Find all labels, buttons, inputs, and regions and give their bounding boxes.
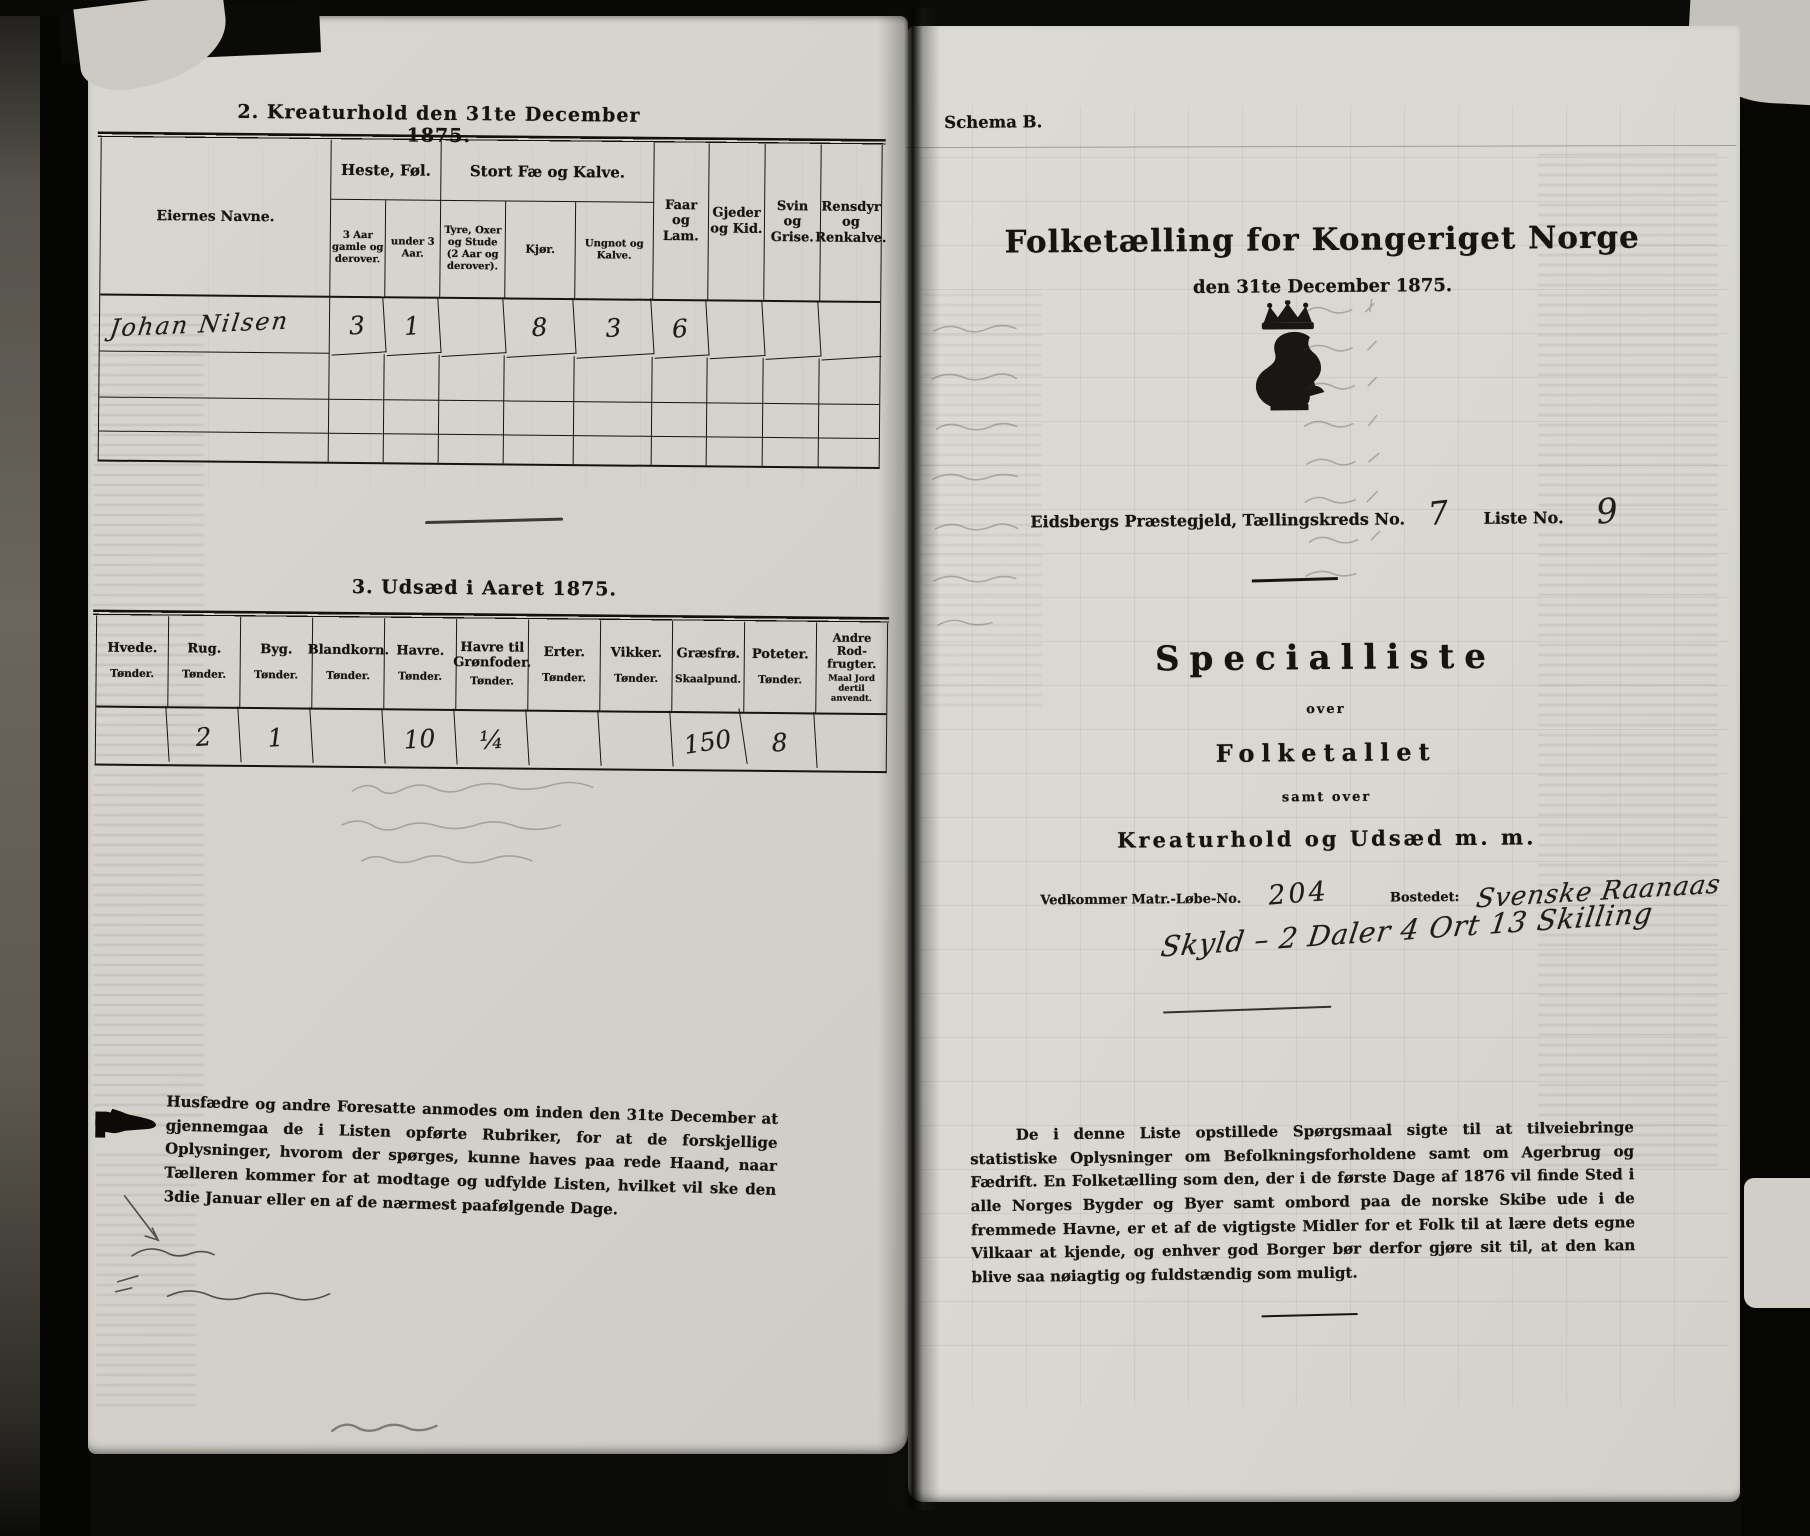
empty-cell bbox=[652, 357, 707, 404]
handwritten-owner-name: Johan Nilsen bbox=[108, 306, 291, 342]
udsaed-table: Hvede. Tønder. Rug. Tønder. Byg. Tønder.… bbox=[95, 616, 888, 774]
bosted-label: Bostedet: bbox=[1390, 890, 1460, 906]
pointing-hand-icon bbox=[95, 1108, 157, 1143]
value-cell-svin bbox=[762, 301, 821, 360]
empty-cell bbox=[819, 404, 879, 439]
right-page: Schema B. Folketælling for Kongeriget No… bbox=[908, 26, 1740, 1502]
col-group-heste: Heste, Føl. bbox=[331, 140, 442, 201]
page-fold-shadow bbox=[878, 8, 940, 1510]
value-cell-rug: 2 bbox=[166, 706, 241, 766]
empty-cell bbox=[763, 404, 819, 439]
main-title: Folketælling for Kongeriget Norge bbox=[907, 219, 1737, 262]
col-header-heste-3aar: 3 Aar gamle og derover. bbox=[330, 200, 386, 299]
empty-cell bbox=[99, 398, 329, 434]
empty-cell bbox=[329, 400, 384, 435]
empty-cell bbox=[819, 438, 879, 467]
matr-label: Vedkommer Matr.-Løbe-No. bbox=[1040, 892, 1241, 909]
empty-cell bbox=[819, 358, 879, 405]
empty-cell bbox=[707, 437, 763, 466]
col-header-blandkorn: Blandkorn. Tønder. bbox=[312, 618, 385, 711]
udsaed-title: 3. Udsæd i Aaret 1875. bbox=[274, 575, 694, 601]
empty-cell bbox=[439, 355, 504, 402]
left-page: 2. Kreaturhold den 31te December 1875. E… bbox=[88, 16, 908, 1454]
col-header-hvede: Hvede. Tønder. bbox=[96, 616, 169, 709]
special-samt-over: samt over bbox=[912, 787, 1742, 809]
empty-cell bbox=[652, 403, 707, 438]
pencil-squiggle bbox=[326, 1413, 446, 1444]
col-group-stort-fae: Stort Fæ og Kalve. bbox=[441, 141, 655, 203]
value-cell-kjoer: 8 bbox=[503, 298, 576, 358]
kreaturhold-table: Eiernes Navne. Heste, Føl. Stort Fæ og K… bbox=[98, 138, 883, 469]
value-cell-havre: 10 bbox=[382, 709, 457, 769]
special-subject: Folketallet bbox=[911, 735, 1741, 771]
liste-label: Liste No. bbox=[1483, 508, 1563, 528]
value-cell-gjeder bbox=[706, 300, 765, 359]
col-header-erter: Erter. Tønder. bbox=[528, 620, 601, 713]
value-cell-blandkorn bbox=[310, 708, 385, 768]
empty-cell bbox=[439, 435, 504, 464]
empty-cell bbox=[763, 358, 819, 405]
page-curl-bottom-right bbox=[1744, 1178, 1810, 1308]
owner-name-cell: Johan Nilsen bbox=[100, 296, 331, 354]
value-cell-ungnot: 3 bbox=[573, 298, 654, 359]
value-cell-havre-groenfoder: ¼ bbox=[454, 709, 529, 769]
value-cell-vikker bbox=[598, 711, 673, 771]
col-header-tyre-oxer: Tyre, Oxer og Stude (2 Aar og derover). bbox=[440, 201, 506, 300]
value-cell-faar: 6 bbox=[651, 300, 709, 359]
empty-cell bbox=[384, 434, 439, 463]
empty-cell bbox=[707, 357, 763, 404]
short-rule bbox=[1262, 1313, 1358, 1317]
empty-cell bbox=[504, 401, 574, 436]
empty-cell bbox=[707, 403, 763, 438]
special-title: Specialliste bbox=[910, 635, 1740, 682]
col-header-rug: Rug. Tønder. bbox=[168, 616, 241, 709]
special-over: over bbox=[911, 699, 1741, 721]
col-header-poteter: Poteter. Tønder. bbox=[744, 622, 817, 715]
empty-cell bbox=[574, 356, 652, 403]
col-header-svin-grise: Svin og Grise. bbox=[764, 144, 822, 303]
empty-cell bbox=[99, 432, 329, 462]
col-header-vikker: Vikker. Tønder. bbox=[600, 620, 673, 713]
col-header-heste-under3: under 3 Aar. bbox=[385, 200, 441, 299]
col-header-rensdyr: Rensdyr og Renkalve. bbox=[820, 144, 882, 303]
underline bbox=[1163, 1006, 1331, 1013]
col-header-andre-rodfrugter: Andre Rod­frugter. Maal Jord dertil anve… bbox=[816, 622, 887, 715]
ghost-handwriting bbox=[332, 773, 693, 886]
empty-cell bbox=[652, 437, 707, 466]
census-document-scan: 2. Kreaturhold den 31te December 1875. E… bbox=[0, 0, 1810, 1536]
col-header-kjoer: Kjør. bbox=[505, 201, 576, 300]
schema-label: Schema B. bbox=[944, 112, 1042, 132]
empty-cell bbox=[99, 352, 329, 400]
col-header-graesfroe: Græsfrø. Skaalpund. bbox=[672, 621, 745, 714]
empty-cell bbox=[574, 436, 652, 465]
faint-rule bbox=[906, 145, 1736, 149]
empty-cell bbox=[329, 354, 384, 401]
col-header-havre: Havre. Tønder. bbox=[384, 618, 457, 711]
empty-cell bbox=[574, 402, 652, 437]
value-cell-graesfroe: 150 bbox=[668, 708, 747, 774]
empty-cell bbox=[439, 401, 504, 436]
empty-cell bbox=[329, 434, 384, 463]
ghost-handwriting bbox=[1296, 297, 1478, 588]
value-cell-heste-3aar: 3 bbox=[328, 296, 386, 355]
value-cell-rensdyr bbox=[818, 301, 881, 361]
col-header-byg: Byg. Tønder. bbox=[240, 617, 313, 710]
date-line: den 31te December 1875. bbox=[907, 273, 1737, 301]
value-cell-hvede bbox=[94, 706, 169, 766]
value-cell-erter bbox=[526, 710, 601, 770]
scan-edge-left bbox=[0, 0, 42, 1536]
value-cell-heste-under3: 1 bbox=[383, 297, 441, 356]
col-header-gjeder-kid: Gjeder og Kid. bbox=[708, 143, 766, 302]
pencil-marks bbox=[107, 1186, 369, 1368]
value-cell-poteter: 8 bbox=[742, 712, 817, 772]
info-paragraph: De i denne Liste opstillede Spørgsmaal s… bbox=[970, 1116, 1636, 1290]
value-cell-tyre bbox=[438, 297, 506, 357]
ghost-handwriting bbox=[924, 318, 1037, 639]
col-header-havre-groenfoder: Havre til Grønfoder. Tønder. bbox=[456, 619, 529, 712]
col-header-faar-lam: Faar og Lam. bbox=[653, 143, 710, 302]
handwritten-strike bbox=[425, 518, 563, 524]
empty-cell bbox=[384, 354, 439, 401]
empty-cell bbox=[504, 435, 574, 464]
empty-cell bbox=[504, 355, 574, 402]
col-header-owner: Eiernes Navne. bbox=[100, 138, 332, 298]
handwritten-matr-no: 204 bbox=[1267, 876, 1330, 912]
handwritten-liste-no: 9 bbox=[1595, 491, 1620, 533]
special-subject2: Kreaturhold og Udsæd m. m. bbox=[912, 823, 1742, 855]
value-cell-andre-rodfrugter bbox=[816, 714, 887, 771]
empty-cell bbox=[763, 438, 819, 467]
value-cell-byg: 1 bbox=[238, 707, 313, 767]
empty-cell bbox=[384, 400, 439, 435]
col-header-ungnot-kalve: Ungnot og Kalve. bbox=[575, 202, 654, 301]
